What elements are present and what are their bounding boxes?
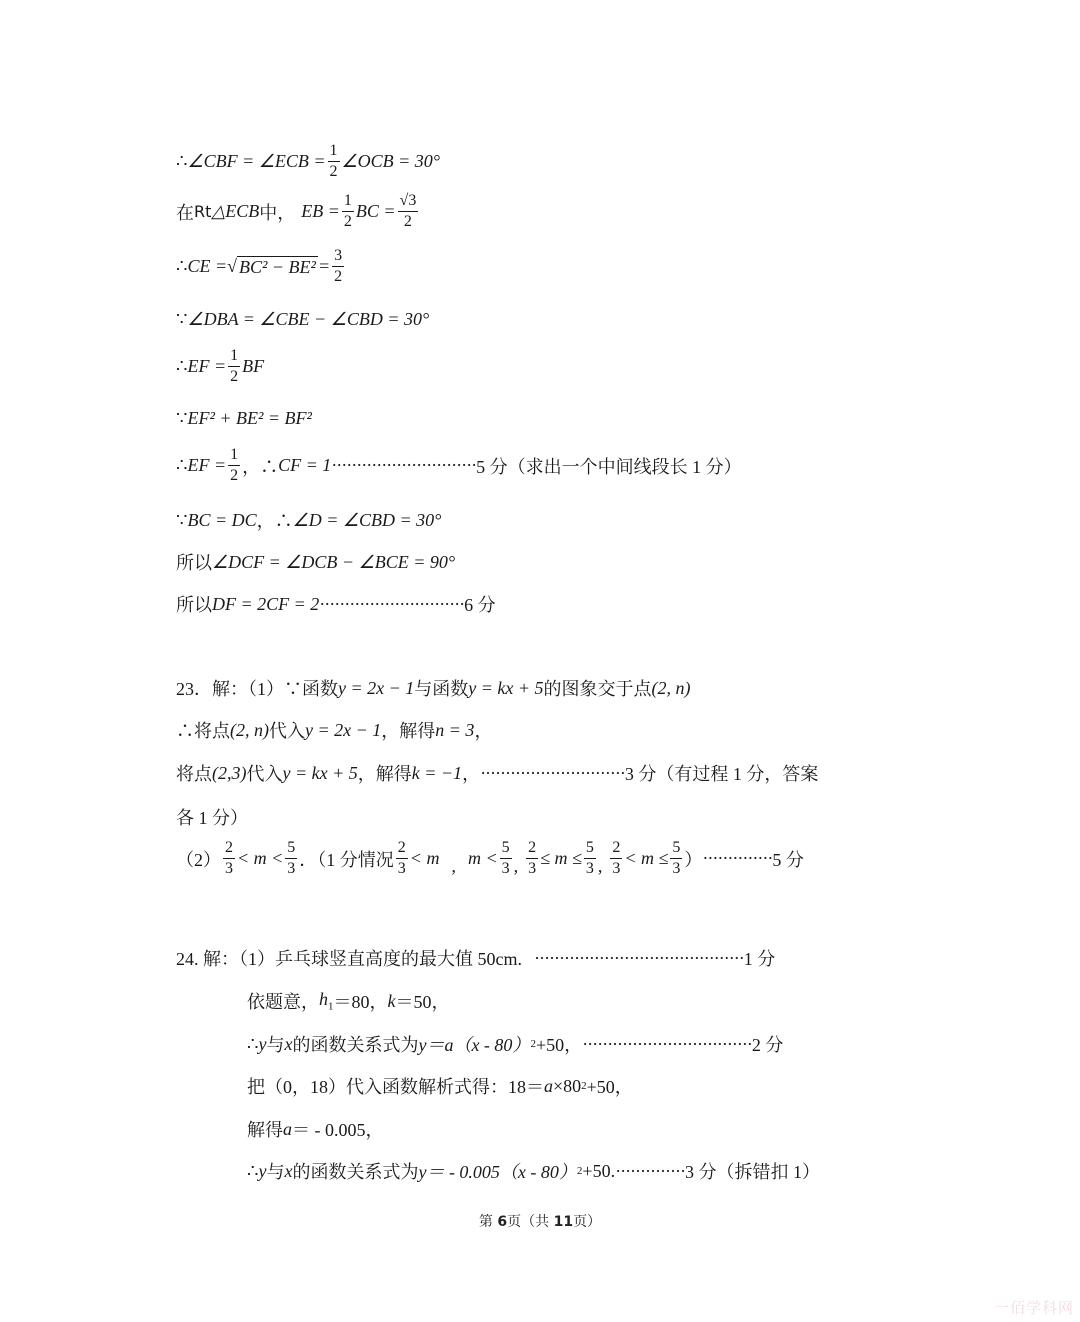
math-expr: (2, n) (230, 720, 269, 741)
because-symbol: ∵ (176, 309, 187, 330)
because-symbol: ∵ (176, 510, 187, 531)
var-y: y (258, 1161, 266, 1182)
page-footer: 第 6页（共 11页） (0, 1211, 1080, 1231)
math-expr: ∠CBF = ∠ECB = (187, 151, 325, 172)
numerator: 2 (396, 840, 408, 859)
text: 解得 (247, 1116, 283, 1142)
score-note: 1 分 (744, 945, 776, 971)
text: 第 (479, 1214, 497, 1230)
text: 所以 (176, 591, 212, 617)
text: 依题意， (247, 988, 319, 1014)
text: 与 (266, 1031, 284, 1057)
fraction: 12 (328, 143, 340, 180)
math-expr: n = 3 (435, 720, 474, 741)
math-expr: EF = (187, 455, 226, 476)
proof-line-9: 所以 ∠DCF = ∠DCB − ∠BCE = 90° (176, 549, 455, 575)
numerator: 1 (328, 143, 340, 162)
math-expr: (2, n) (652, 678, 691, 699)
math-expr: BF (242, 356, 264, 377)
therefore-symbol: ∴ (176, 256, 187, 277)
var-k: k (388, 991, 396, 1012)
text: ，∴ (257, 507, 293, 533)
q23-line-1: 23．解：（1）∵函数 y = 2x − 1 与函数 y = kx + 5 的图… (176, 675, 691, 701)
leader-dots: ·············· (615, 1161, 685, 1182)
proof-line-6: ∵ EF² + BE² = BF² (176, 408, 312, 429)
square-root: √BC² − BE² (227, 256, 318, 278)
fraction: 53 (670, 840, 682, 877)
denominator: 3 (225, 859, 233, 877)
numerator: √3 (398, 193, 419, 212)
math-expr: (2,3) (212, 763, 247, 784)
text: ， (462, 760, 480, 786)
fraction: 12 (228, 447, 240, 484)
q23-line-4: 各 1 分） (176, 804, 248, 830)
comma: , (598, 856, 603, 877)
leader-dots: ····························· (480, 763, 625, 784)
fraction: 53 (285, 840, 297, 877)
text: ∴将点 (176, 717, 230, 743)
q24-line-2: 依题意， h1 ＝80， k ＝50， (247, 988, 450, 1014)
numerator: 2 (610, 840, 622, 859)
triangle-expr: △ECB (211, 201, 259, 222)
radical-sign-icon: √ (227, 256, 237, 278)
q23-line-5: （2） 23 < m < 53 ．（1 分情况 23 < m , m < 53 … (176, 840, 804, 877)
math-expr: ≤ m ≤ (540, 848, 582, 869)
denominator: 3 (502, 859, 510, 877)
watermark: 一佰学科网 (994, 1297, 1074, 1318)
text: 代入 (247, 760, 283, 786)
text: ＝50， (396, 988, 450, 1014)
proof-line-5: ∴ EF = 12 BF (176, 348, 264, 385)
text: 与函数 (414, 675, 468, 701)
fraction: 12 (342, 193, 354, 230)
math-expr: < m ≤ (624, 848, 668, 869)
math-expr: BC = (356, 201, 396, 222)
text: 各 1 分） (176, 804, 248, 830)
comma: , (451, 856, 456, 877)
denominator: 2 (230, 466, 238, 484)
text: ，∴ (242, 453, 278, 479)
fraction: 23 (526, 840, 538, 877)
text: 将点 (176, 760, 212, 786)
proof-line-7: ∴ EF = 12 ，∴ CF = 1 ····················… (176, 447, 742, 484)
denominator: 2 (330, 162, 338, 180)
leader-dots: ·································· (582, 1034, 752, 1055)
q23-line-3: 将点 (2,3) 代入 y = kx + 5 ，解得 k = −1 ， ····… (176, 760, 818, 786)
var-a: a (544, 1076, 553, 1097)
leader-dots: ····························· (331, 455, 476, 476)
math-expr: y = kx + 5 (468, 678, 543, 699)
numerator: 5 (670, 840, 682, 859)
text: 把（0，18）代入函数解析式得：18＝ (247, 1073, 544, 1099)
q24-line-6: ∴ y 与 x 的函数关系式为 y＝ - 0.005（x - 80） 2 +50… (247, 1158, 820, 1184)
numerator: 5 (285, 840, 297, 859)
denominator: 2 (230, 367, 238, 385)
comma: , (514, 856, 519, 877)
total-pages: 11 (554, 1214, 573, 1230)
rt-label: Rt (194, 202, 211, 221)
therefore-symbol: ∴ (176, 151, 187, 172)
radicand: BC² − BE² (237, 256, 318, 278)
text: 与 (266, 1158, 284, 1184)
proof-line-8: ∵ BC = DC ，∴ ∠D = ∠CBD = 30° (176, 507, 441, 533)
text: 代入 (269, 717, 305, 743)
numerator: 2 (526, 840, 538, 859)
denominator: 2 (334, 267, 342, 285)
text: ，解得 (358, 760, 412, 786)
math-expr: ∠DBA = ∠CBE − ∠CBD = 30° (187, 309, 429, 330)
text: 24. 解：（1）乒乓球竖直高度的最大值 50cm. (176, 945, 522, 971)
numerator: 5 (500, 840, 512, 859)
text: （2） (176, 846, 221, 872)
math-expr: EF² + BE² = BF² (187, 408, 311, 429)
leader-dots: ·············· (702, 848, 772, 869)
score-note: 5 分（求出一个中间线段长 1 分） (476, 453, 742, 479)
var-h: h (319, 989, 328, 1009)
fraction: 12 (228, 348, 240, 385)
text: 中， (259, 199, 295, 225)
numerator: 3 (332, 248, 344, 267)
therefore-symbol: ∴ (247, 1034, 258, 1055)
text: 所以 (176, 549, 212, 575)
math-expr: m < (468, 848, 498, 869)
score-note: 3 分（有过程 1 分，答案 (625, 760, 819, 786)
math-expr: ∠D = ∠CBD = 30° (293, 510, 442, 531)
math-expr: ∠DCF = ∠DCB − ∠BCE = 90° (212, 552, 455, 573)
text: ．（1 分情况 (299, 846, 394, 872)
score-note: 5 分 (772, 846, 804, 872)
leader-dots: ····························· (319, 594, 464, 615)
fraction: 32 (332, 248, 344, 285)
score-note: 3 分（拆错扣 1） (685, 1158, 820, 1184)
math-expr: DF = 2CF = 2 (212, 594, 319, 615)
text: 的函数关系式为 (292, 1158, 418, 1184)
denominator: 3 (398, 859, 406, 877)
text: ＝80， (334, 988, 388, 1014)
numerator: 1 (228, 447, 240, 466)
q24-line-4: 把（0，18）代入函数解析式得：18＝ a ×80 2 +50， (247, 1073, 633, 1099)
text: +50. (582, 1161, 615, 1182)
text: 页（共 (507, 1214, 553, 1230)
denominator: 3 (528, 859, 536, 877)
score-note: 2 分 (752, 1031, 784, 1057)
q24-line-5: 解得 a ＝ - 0.005， (247, 1116, 384, 1142)
fraction: √32 (398, 193, 419, 230)
denominator: 2 (344, 212, 352, 230)
proof-line-1: ∴ ∠CBF = ∠ECB = 12 ∠OCB = 30° (176, 143, 440, 180)
denominator: 3 (586, 859, 594, 877)
fraction: 53 (500, 840, 512, 877)
text: 页） (573, 1214, 601, 1230)
math-expr: CF = 1 (278, 455, 331, 476)
math-expr: EB = (301, 201, 340, 222)
denominator: 2 (404, 212, 412, 230)
denominator: 3 (672, 859, 680, 877)
denominator: 3 (612, 859, 620, 877)
text: ， (474, 717, 492, 743)
text: ＝ - 0.005， (292, 1116, 384, 1142)
var-x: x (284, 1161, 292, 1182)
text: +50， (587, 1073, 633, 1099)
math-expr: BC = DC (187, 510, 256, 531)
fraction: 23 (396, 840, 408, 877)
math-expr: EF = (187, 356, 226, 377)
math-expr: < m < (237, 848, 283, 869)
text: ，解得 (381, 717, 435, 743)
numerator: 1 (228, 348, 240, 367)
text: 23．解：（1）∵函数 (176, 675, 338, 701)
math-expr: ∠OCB = 30° (342, 151, 440, 172)
math-expr: = (318, 256, 330, 277)
text: 的图象交于点 (544, 675, 652, 701)
therefore-symbol: ∴ (247, 1161, 258, 1182)
math-expr: y = 2x − 1 (305, 720, 381, 741)
proof-line-2: 在 Rt △ECB 中， EB = 12 BC = √32 (176, 193, 420, 230)
proof-line-3: ∴ CE = √BC² − BE² = 32 (176, 248, 346, 285)
text: ） (684, 846, 702, 872)
math-expr: k = −1 (412, 763, 462, 784)
math-expr: y＝ - 0.005（x - 80） (418, 1158, 576, 1184)
fraction: 53 (584, 840, 596, 877)
var-a: a (283, 1119, 292, 1140)
q24-line-3: ∴ y 与 x 的函数关系式为 y＝a（x - 80） 2 +50， ·····… (247, 1031, 783, 1057)
math-expr: y＝a（x - 80） (418, 1031, 530, 1057)
q24-line-1: 24. 解：（1）乒乓球竖直高度的最大值 50cm. ·············… (176, 945, 775, 971)
proof-line-4: ∵ ∠DBA = ∠CBE − ∠CBD = 30° (176, 309, 429, 330)
numerator: 2 (223, 840, 235, 859)
math-var: h1 (319, 989, 334, 1013)
text: 在 (176, 199, 194, 225)
numerator: 5 (584, 840, 596, 859)
proof-line-10: 所以 DF = 2CF = 2 ························… (176, 591, 496, 617)
fraction: 23 (223, 840, 235, 877)
math-expr: CE = (187, 256, 227, 277)
text: ×80 (553, 1076, 581, 1097)
score-note: 6 分 (464, 591, 496, 617)
because-symbol: ∵ (176, 408, 187, 429)
therefore-symbol: ∴ (176, 356, 187, 377)
var-x: x (284, 1034, 292, 1055)
text: +50， (536, 1031, 582, 1057)
var-y: y (258, 1034, 266, 1055)
fraction: 23 (610, 840, 622, 877)
numerator: 1 (342, 193, 354, 212)
math-expr: < m (410, 848, 440, 869)
q23-line-2: ∴将点 (2, n) 代入 y = 2x − 1 ，解得 n = 3 ， (176, 717, 492, 743)
therefore-symbol: ∴ (176, 455, 187, 476)
leader-dots: ········································… (534, 948, 744, 969)
math-expr: y = 2x − 1 (338, 678, 414, 699)
denominator: 3 (287, 859, 295, 877)
math-expr: y = kx + 5 (283, 763, 358, 784)
text: 的函数关系式为 (292, 1031, 418, 1057)
page-number: 6 (497, 1214, 507, 1230)
